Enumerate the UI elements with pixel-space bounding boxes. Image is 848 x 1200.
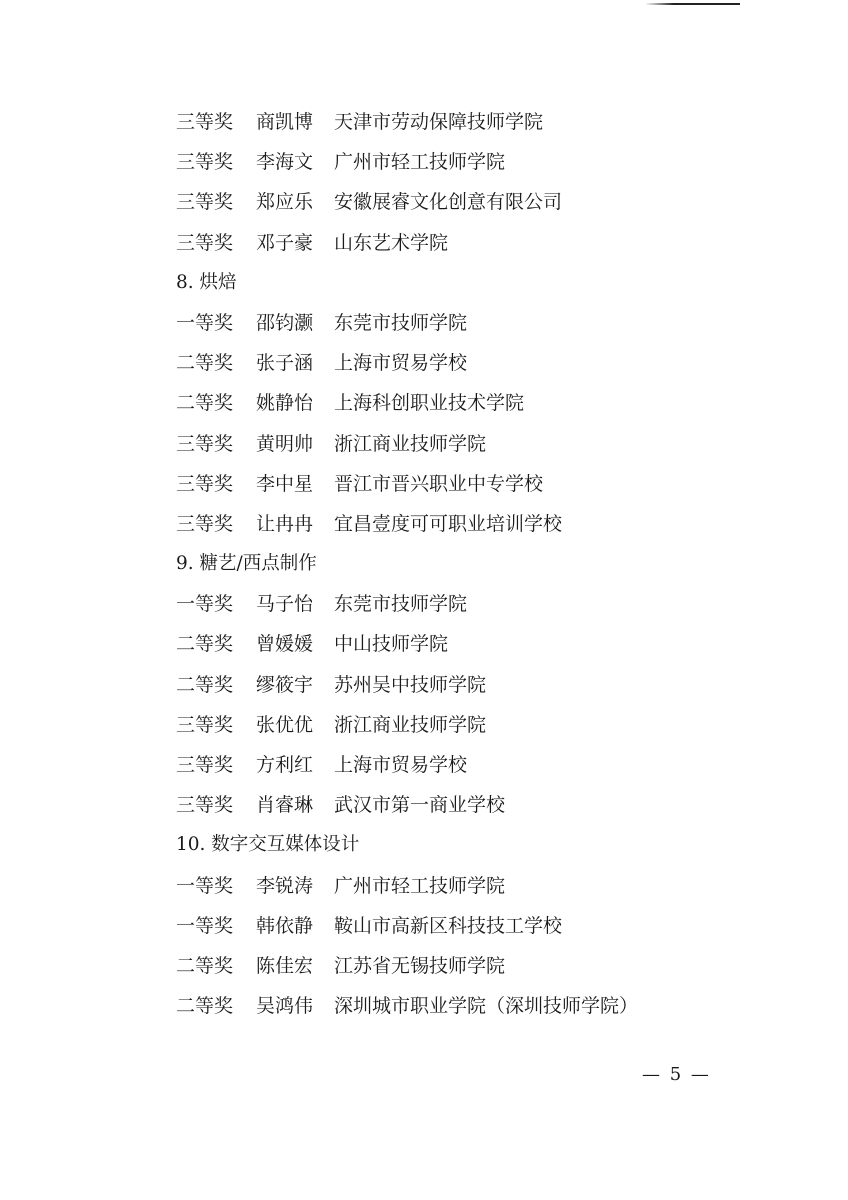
winner-name: 吴鸿伟: [256, 992, 334, 1020]
award-level: 二等奖: [176, 349, 256, 377]
award-level: 三等奖: [176, 751, 256, 779]
award-row: 一等奖韩依静鞍山市高新区科技技工学校: [176, 912, 736, 952]
award-level: 二等奖: [176, 992, 256, 1020]
winner-name: 缪筱宇: [256, 671, 334, 699]
award-level: 三等奖: [176, 510, 256, 538]
award-level: 三等奖: [176, 148, 256, 176]
winner-name: 李海文: [256, 148, 334, 176]
organization: 广州市轻工技师学院: [334, 148, 505, 176]
winner-name: 李中星: [256, 470, 334, 498]
award-row: 二等奖陈佳宏江苏省无锡技师学院: [176, 952, 736, 992]
award-row: 二等奖缪筱宇苏州吴中技师学院: [176, 671, 736, 711]
award-row: 三等奖李中星晋江市晋兴职业中专学校: [176, 470, 736, 510]
award-level: 二等奖: [176, 389, 256, 417]
winner-name: 韩依静: [256, 912, 334, 940]
award-row: 三等奖商凯博天津市劳动保障技师学院: [176, 108, 736, 148]
award-row: 一等奖马子怡东莞市技师学院: [176, 590, 736, 630]
section-heading-baking: 8. 烘焙: [176, 269, 736, 309]
top-rule-line: [645, 3, 740, 5]
award-row: 三等奖张优优浙江商业技师学院: [176, 711, 736, 751]
award-level: 一等奖: [176, 912, 256, 940]
winner-name: 肖睿琳: [256, 791, 334, 819]
organization: 苏州吴中技师学院: [334, 671, 486, 699]
winner-name: 姚静怡: [256, 389, 334, 417]
winner-name: 马子怡: [256, 590, 334, 618]
award-level: 三等奖: [176, 791, 256, 819]
winner-name: 张优优: [256, 711, 334, 739]
award-level: 三等奖: [176, 108, 256, 136]
award-row: 二等奖吴鸿伟深圳城市职业学院（深圳技师学院）: [176, 992, 736, 1032]
winner-name: 方利红: [256, 751, 334, 779]
organization: 上海科创职业技术学院: [334, 389, 524, 417]
award-level: 三等奖: [176, 711, 256, 739]
organization: 中山技师学院: [334, 630, 448, 658]
organization: 天津市劳动保障技师学院: [334, 108, 543, 136]
award-level: 一等奖: [176, 590, 256, 618]
award-level: 三等奖: [176, 470, 256, 498]
award-row: 三等奖让冉冉宜昌壹度可可职业培训学校: [176, 510, 736, 550]
award-level: 一等奖: [176, 309, 256, 337]
organization: 深圳城市职业学院（深圳技师学院）: [334, 992, 638, 1020]
award-row: 三等奖郑应乐安徽展睿文化创意有限公司: [176, 188, 736, 228]
award-level: 二等奖: [176, 671, 256, 699]
organization: 江苏省无锡技师学院: [334, 952, 505, 980]
award-row: 二等奖张子涵上海市贸易学校: [176, 349, 736, 389]
award-row: 三等奖李海文广州市轻工技师学院: [176, 148, 736, 188]
award-row: 三等奖黄明帅浙江商业技师学院: [176, 430, 736, 470]
winner-name: 李锐涛: [256, 872, 334, 900]
organization: 上海市贸易学校: [334, 349, 467, 377]
winner-name: 让冉冉: [256, 510, 334, 538]
award-level: 二等奖: [176, 952, 256, 980]
section-heading-digital-media: 10. 数字交互媒体设计: [176, 831, 736, 871]
organization: 武汉市第一商业学校: [334, 791, 505, 819]
page-number: — 5 —: [642, 1064, 711, 1085]
winner-name: 张子涵: [256, 349, 334, 377]
organization: 广州市轻工技师学院: [334, 872, 505, 900]
award-row: 三等奖方利红上海市贸易学校: [176, 751, 736, 791]
organization: 宜昌壹度可可职业培训学校: [334, 510, 562, 538]
organization: 东莞市技师学院: [334, 590, 467, 618]
award-level: 三等奖: [176, 430, 256, 458]
award-level: 二等奖: [176, 630, 256, 658]
organization: 鞍山市高新区科技技工学校: [334, 912, 562, 940]
award-level: 三等奖: [176, 188, 256, 216]
winner-name: 黄明帅: [256, 430, 334, 458]
award-level: 一等奖: [176, 872, 256, 900]
award-list: 三等奖商凯博天津市劳动保障技师学院 三等奖李海文广州市轻工技师学院 三等奖郑应乐…: [176, 108, 736, 1032]
award-level: 三等奖: [176, 229, 256, 257]
organization: 安徽展睿文化创意有限公司: [334, 188, 562, 216]
award-row: 三等奖邓子豪山东艺术学院: [176, 229, 736, 269]
organization: 山东艺术学院: [334, 229, 448, 257]
winner-name: 商凯博: [256, 108, 334, 136]
organization: 晋江市晋兴职业中专学校: [334, 470, 543, 498]
award-row: 二等奖姚静怡上海科创职业技术学院: [176, 389, 736, 429]
winner-name: 陈佳宏: [256, 952, 334, 980]
award-row: 二等奖曾媛媛中山技师学院: [176, 630, 736, 670]
award-row: 一等奖邵钧灏东莞市技师学院: [176, 309, 736, 349]
organization: 上海市贸易学校: [334, 751, 467, 779]
award-row: 三等奖肖睿琳武汉市第一商业学校: [176, 791, 736, 831]
organization: 浙江商业技师学院: [334, 430, 486, 458]
winner-name: 邵钧灏: [256, 309, 334, 337]
organization: 浙江商业技师学院: [334, 711, 486, 739]
section-heading-sugar-pastry: 9. 糖艺/西点制作: [176, 550, 736, 590]
winner-name: 邓子豪: [256, 229, 334, 257]
organization: 东莞市技师学院: [334, 309, 467, 337]
award-row: 一等奖李锐涛广州市轻工技师学院: [176, 872, 736, 912]
winner-name: 曾媛媛: [256, 630, 334, 658]
winner-name: 郑应乐: [256, 188, 334, 216]
